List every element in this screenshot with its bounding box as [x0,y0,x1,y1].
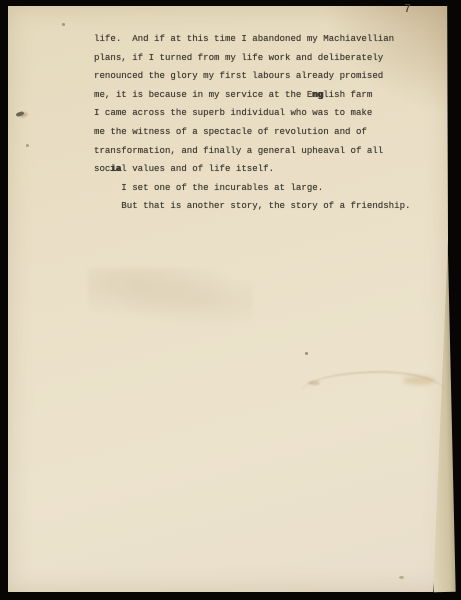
typed-text-block: life. And if at this time I abandoned my… [94,30,411,216]
page-number: 7 [404,3,412,16]
typed-line: But that is another story, the story of … [94,197,411,216]
typed-segment: soc [94,163,110,174]
show-through-ghost-mark [88,268,253,323]
typed-line: transformation, and finally a general up… [94,142,411,161]
paper-speck [305,352,308,355]
paper-speck [26,144,29,147]
typed-line: social values and of life itself. [94,160,411,179]
typed-segment: me, it is because in my service at the E [94,89,312,100]
stain-smudge [308,381,320,385]
stain-blob [403,376,435,385]
typed-line: I set one of the incurables at large. [94,179,411,198]
typed-segment: l values and of life itself. [121,163,274,174]
typed-line: life. And if at this time I abandoned my… [94,30,411,49]
overstrike-characters: ia [110,163,121,174]
paper-speck [62,23,65,26]
typed-line: renounced the glory my first labours alr… [94,67,411,86]
paper-speck [399,576,404,579]
typed-line: plans, if I turned from my life work and… [94,49,411,68]
typed-line: me, it is because in my service at the E… [94,86,411,105]
typed-segment: lish farm [323,89,372,100]
overstrike-characters: ng [312,89,323,100]
typed-line: me the witness of a spectacle of revolut… [94,123,411,142]
typed-line: I came across the superb individual who … [94,104,411,123]
photographed-manuscript-page: 7 life. And if at this time I abandoned … [0,0,461,600]
